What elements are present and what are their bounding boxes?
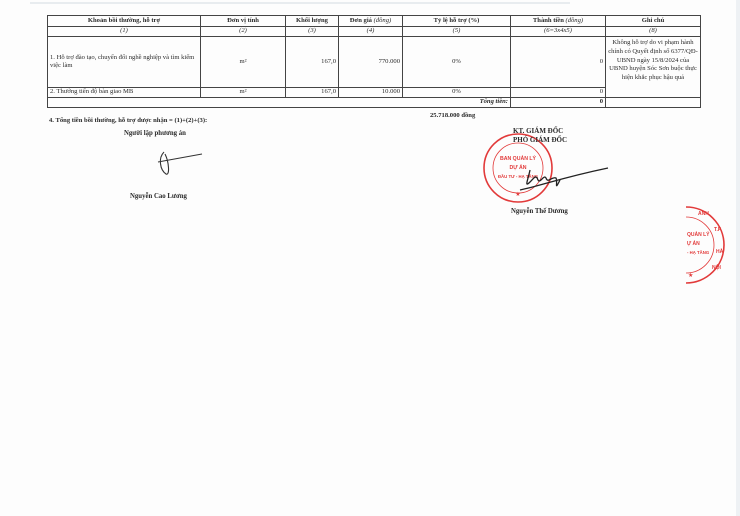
director-title: KT. GIÁM ĐỐC	[513, 127, 563, 135]
table-row: 2. Thưởng tiến độ bàn giao MB m² 167,0 1…	[48, 88, 701, 98]
grand-total-label: 4. Tổng tiền bồi thường, hỗ trợ được nhậ…	[49, 117, 207, 124]
director-name: Nguyễn Thế Dương	[511, 208, 568, 215]
col-num: (1)	[48, 27, 201, 37]
svg-text:HÀ: HÀ	[716, 248, 724, 255]
row-item: 1. Hỗ trợ đào tạo, chuyển đổi nghề nghiệ…	[48, 37, 201, 88]
header-support-rate: Tỷ lệ hỗ trợ (%)	[403, 16, 511, 27]
row-note: Không hỗ trợ do vi phạm hành chính có Qu…	[606, 37, 701, 98]
row-quantity: 167,0	[286, 88, 339, 98]
table-row: 1. Hỗ trợ đào tạo, chuyển đổi nghề nghiệ…	[48, 37, 701, 88]
row-support-rate: 0%	[403, 88, 511, 98]
scan-edge	[30, 2, 570, 4]
svg-text:QUẢN LÝ: QUẢN LÝ	[687, 231, 710, 238]
row-unit-price: 10.000	[339, 88, 403, 98]
col-num: (5)	[403, 27, 511, 37]
svg-text:Ự ÁN: Ự ÁN	[687, 240, 700, 247]
row-support-rate: 0%	[403, 37, 511, 88]
grand-total-value: 25.718.000 đồng	[430, 112, 475, 119]
compensation-table: Khoản bồi thường, hỗ trợ Đơn vị tính Khố…	[47, 15, 701, 108]
total-value: 0	[511, 98, 606, 108]
col-num: (3)	[286, 27, 339, 37]
row-unit: m²	[201, 88, 286, 98]
header-amount: Thành tiền (đồng)	[511, 16, 606, 27]
column-number-row: (1) (2) (3) (4) (5) (6=3x4x5) (8)	[48, 27, 701, 37]
total-label: Tổng tiền:	[48, 98, 511, 108]
header-note: Ghi chú	[606, 16, 701, 27]
col-num: (4)	[339, 27, 403, 37]
row-amount: 0	[511, 37, 606, 88]
row-unit: m²	[201, 37, 286, 88]
col-num: (2)	[201, 27, 286, 37]
svg-text:★: ★	[688, 272, 693, 279]
header-item: Khoản bồi thường, hỗ trợ	[48, 16, 201, 27]
director-signature-icon	[500, 160, 610, 200]
preparer-name: Nguyễn Cao Lương	[130, 193, 187, 200]
svg-text:T.P: T.P	[714, 227, 722, 233]
total-row: Tổng tiền: 0	[48, 98, 701, 108]
row-quantity: 167,0	[286, 37, 339, 88]
svg-text:NỘI: NỘI	[712, 263, 722, 271]
preparer-signature-icon	[150, 148, 210, 178]
director-subtitle: PHÓ GIÁM ĐỐC	[513, 136, 567, 144]
col-num: (8)	[606, 27, 701, 37]
header-quantity: Khối lượng	[286, 16, 339, 27]
svg-text:ANH: ANH	[698, 211, 709, 217]
col-num: (6=3x4x5)	[511, 27, 606, 37]
header-unit-price: Đơn giá (đồng)	[339, 16, 403, 27]
header-row: Khoản bồi thường, hỗ trợ Đơn vị tính Khố…	[48, 16, 701, 27]
row-unit-price: 770.000	[339, 37, 403, 88]
total-note	[606, 98, 701, 108]
row-amount: 0	[511, 88, 606, 98]
partial-stamp-icon: QUẢN LÝ Ự ÁN - HẠ TẦNG ANH T.P HÀ NỘI ★	[686, 205, 740, 285]
row-item: 2. Thưởng tiến độ bàn giao MB	[48, 88, 201, 98]
header-unit: Đơn vị tính	[201, 16, 286, 27]
svg-text:- HẠ TẦNG: - HẠ TẦNG	[687, 250, 710, 255]
preparer-title: Người lập phương án	[124, 130, 186, 137]
